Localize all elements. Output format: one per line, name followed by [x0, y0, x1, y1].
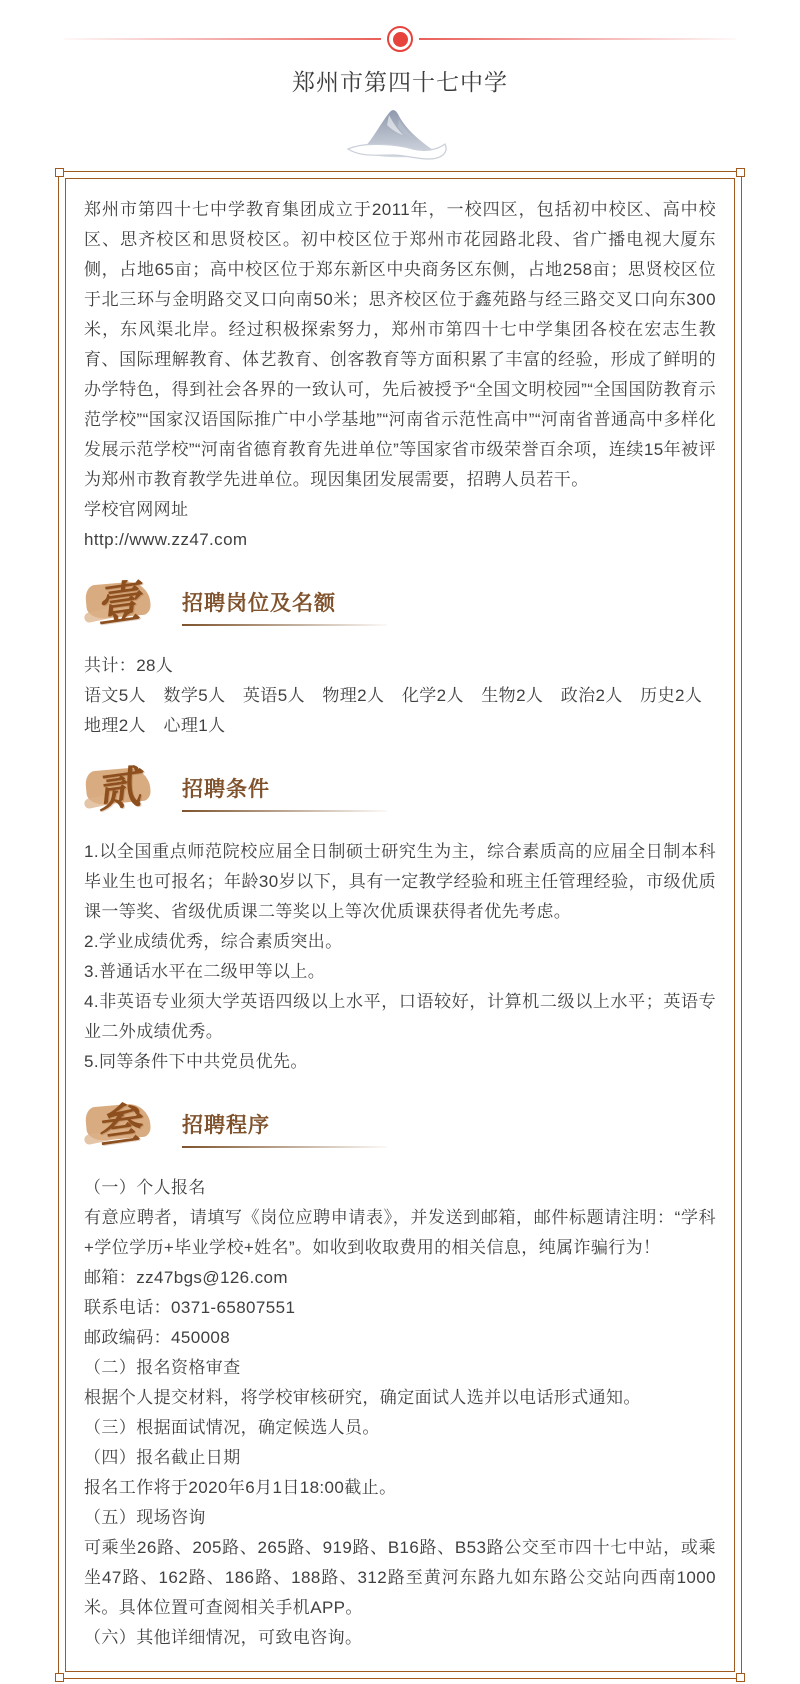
procedure-text: 有意应聘者，请填写《岗位应聘申请表》，并发送到邮箱，邮件标题请注明：“学科+学位…	[84, 1203, 716, 1263]
corner-ornament	[736, 1673, 745, 1682]
section-header: 贰 招聘条件	[84, 761, 716, 823]
section-title: 招聘岗位及名额	[182, 587, 387, 617]
intro-paragraph: 郑州市第四十七中学教育集团成立于2011年，一校四区，包括初中校区、高中校区、思…	[84, 195, 716, 495]
contact-email: 邮箱：zz47bgs@126.com	[84, 1263, 716, 1293]
section-title-underline	[182, 810, 387, 812]
condition-item: 1.以全国重点师范院校应届全日制硕士研究生为主，综合素质高的应届全日制本科毕业生…	[84, 837, 716, 927]
section-recruit-conditions: 贰 招聘条件 1.以全国重点师范院校应届全日制硕士研究生为主，综合素质高的应届全…	[84, 761, 716, 1077]
condition-item: 3.普通话水平在二级甲等以上。	[84, 957, 716, 987]
article-header: 郑州市第四十七中学	[0, 24, 800, 167]
section-header: 壹 招聘岗位及名额	[84, 575, 716, 637]
procedure-step-heading: （三）根据面试情况，确定候选人员。	[84, 1413, 716, 1443]
procedure-step-heading: （六）其他详细情况，可致电咨询。	[84, 1623, 716, 1653]
corner-ornament	[55, 1673, 64, 1682]
red-dot-icon	[387, 26, 413, 52]
procedure-step-heading: （二）报名资格审查	[84, 1353, 716, 1383]
postal-code: 邮政编码：450008	[84, 1323, 716, 1353]
divider-line-left	[64, 38, 381, 40]
bus-directions-text: 可乘坐26路、205路、265路、919路、B16路、B53路公交至市四十七中站…	[84, 1533, 716, 1623]
corner-ornament	[55, 168, 64, 177]
mountain-ink-illustration-icon	[0, 103, 800, 167]
section-title-underline	[182, 624, 387, 626]
calligraphy-numeral-one-icon: 壹	[84, 575, 154, 637]
condition-item: 4.非英语专业须大学英语四级以上水平，口语较好，计算机二级以上水平；英语专业二外…	[84, 987, 716, 1047]
content-box-inner: 郑州市第四十七中学教育集团成立于2011年，一校四区，包括初中校区、高中校区、思…	[65, 178, 735, 1672]
procedure-text: 根据个人提交材料，将学校审核研究，确定面试人选并以电话形式通知。	[84, 1383, 716, 1413]
page-title: 郑州市第四十七中学	[0, 64, 800, 97]
content-box: 郑州市第四十七中学教育集团成立于2011年，一校四区，包括初中校区、高中校区、思…	[58, 171, 742, 1679]
article-page: 郑州市第四十七中学 郑州市第四十七中学教育集团成立于2011年，一	[0, 24, 800, 1679]
deadline-text: 报名工作将于2020年6月1日18:00截止。	[84, 1473, 716, 1503]
procedure-step-heading: （五）现场咨询	[84, 1503, 716, 1533]
website-url[interactable]: http://www.zz47.com	[84, 525, 716, 555]
section-recruit-procedure: 叁 招聘程序 （一）个人报名 有意应聘者，请填写《岗位应聘申请表》，并发送到邮箱…	[84, 1097, 716, 1653]
section-title: 招聘条件	[182, 773, 387, 803]
contact-phone: 联系电话：0371-65807551	[84, 1293, 716, 1323]
section-title-underline	[182, 1146, 387, 1148]
divider-line-right	[419, 38, 736, 40]
positions-breakdown: 语文5人 数学5人 英语5人 物理2人 化学2人 生物2人 政治2人 历史2人 …	[84, 681, 716, 741]
top-divider	[64, 24, 736, 54]
website-label: 学校官网网址	[84, 495, 716, 525]
procedure-step-heading: （一）个人报名	[84, 1173, 716, 1203]
procedure-step-heading: （四）报名截止日期	[84, 1443, 716, 1473]
corner-ornament	[736, 168, 745, 177]
calligraphy-numeral-two-icon: 贰	[84, 761, 154, 823]
positions-total: 共计：28人	[84, 651, 716, 681]
condition-item: 2.学业成绩优秀，综合素质突出。	[84, 927, 716, 957]
section-recruit-positions: 壹 招聘岗位及名额 共计：28人 语文5人 数学5人 英语5人 物理2人 化学2…	[84, 575, 716, 741]
section-header: 叁 招聘程序	[84, 1097, 716, 1159]
condition-item: 5.同等条件下中共党员优先。	[84, 1047, 716, 1077]
section-title: 招聘程序	[182, 1109, 387, 1139]
calligraphy-numeral-three-icon: 叁	[84, 1097, 154, 1159]
